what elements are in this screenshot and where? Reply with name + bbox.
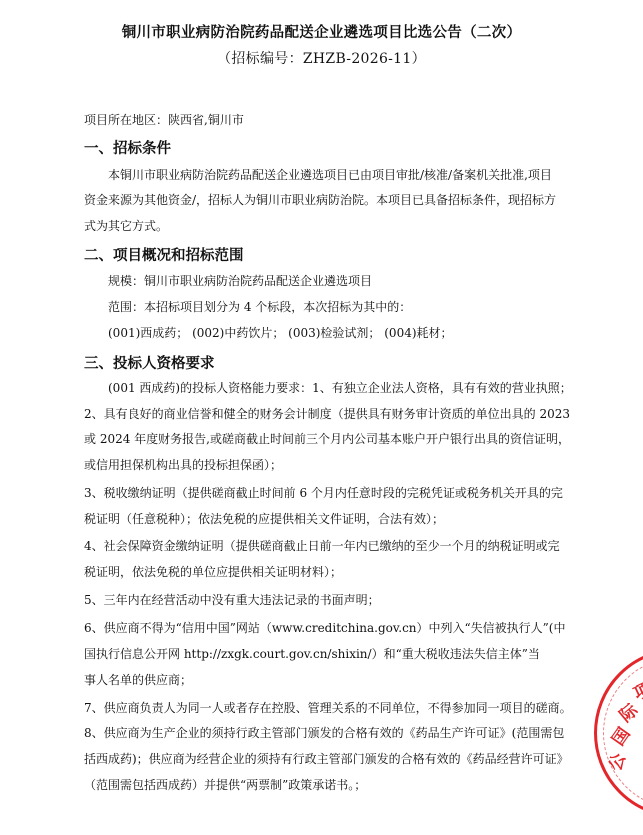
section-3-line: 7、供应商负责人为同一人或者存在控股、管理关系的不同单位，不得参加同一项目的磋商… xyxy=(84,700,572,716)
section-3-line: 6、供应商不得为“信用中国”网站（www.creditchina.gov.cn）… xyxy=(84,620,565,636)
section-3-line: 事人名单的供应商； xyxy=(84,672,192,688)
section-heading-3: 三、投标人资格要求 xyxy=(84,352,215,373)
document-title: 铜川市职业病防治院药品配送企业遴选项目比选公告（二次） xyxy=(0,21,643,42)
official-seal-icon: 公 国 际 项 xyxy=(594,648,643,818)
section-1-line: 本铜川市职业病防治院药品配送企业遴选项目已由项目审批/核准/备案机关批准,项目 xyxy=(108,167,552,183)
section-3-line: 税证明，依法免税的单位应提供相关证明材料）； xyxy=(84,564,342,580)
section-heading-1: 一、招标条件 xyxy=(84,137,171,158)
section-2-line: 规模：铜川市职业病防治院药品配送企业遴选项目 xyxy=(108,273,372,289)
section-1-line: 式为其它方式。 xyxy=(84,218,168,234)
section-3-line: 8、供应商为生产企业的须持行政主管部门颁发的合格有效的《药品生产许可证》(范围需… xyxy=(84,725,564,741)
section-3-line: 国执行信息公开网 http://zxgk.court.gov.cn/shixin… xyxy=(84,646,540,662)
section-3-line: 或信用担保机构出具的投标担保函）； xyxy=(84,457,282,473)
section-3-line: （范围需包括西成药）并提供“两票制”政策承诺书。； xyxy=(84,777,366,793)
section-3-line: 3、税收缴纳证明（提供磋商截止时间前 6 个月内任意时段的完税凭证或税务机关开具… xyxy=(84,485,563,501)
section-2-line: (001)西成药； (002)中药饮片； (003)检验试剂； (004)耗材； xyxy=(108,325,453,341)
section-3-line: 税证明（任意税种）；依法免税的应提供相关文件证明，合法有效）； xyxy=(84,511,444,527)
project-location: 项目所在地区：陕西省,铜川市 xyxy=(84,112,244,128)
tender-number: （招标编号：ZHZB-2026-11） xyxy=(0,48,643,68)
section-3-line: 5、三年内在经营活动中没有重大违法记录的书面声明； xyxy=(84,592,380,608)
section-3-line: 或 2024 年度财务报告,或磋商截止时间前三个月内公司基本账户开户银行出具的资… xyxy=(84,431,570,447)
section-1-line: 资金来源为其他资金/，招标人为铜川市职业病防治院。本项目已具备招标条件，现招标方 xyxy=(84,192,556,208)
section-2-line: 范围：本招标项目划分为 4 个标段，本次招标为其中的： xyxy=(108,299,411,315)
section-3-line: (001 西成药)的投标人资格能力要求：1、有独立企业法人资格，具有有效的营业执… xyxy=(108,380,572,396)
section-3-line: 括西成药)；供应商为经营企业的须持有行政主管部门颁发的合格有效的《药品经营许可证… xyxy=(84,751,569,767)
document-page: 铜川市职业病防治院药品配送企业遴选项目比选公告（二次） （招标编号：ZHZB-2… xyxy=(0,0,643,835)
section-heading-2: 二、项目概况和招标范围 xyxy=(84,244,244,265)
section-3-line: 2、具有良好的商业信誉和健全的财务会计制度（提供具有财务审计资质的单位出具的 2… xyxy=(84,406,570,422)
section-3-line: 4、社会保障资金缴纳证明（提供磋商截止日前一年内已缴纳的至少一个月的纳税证明或完 xyxy=(84,538,560,554)
